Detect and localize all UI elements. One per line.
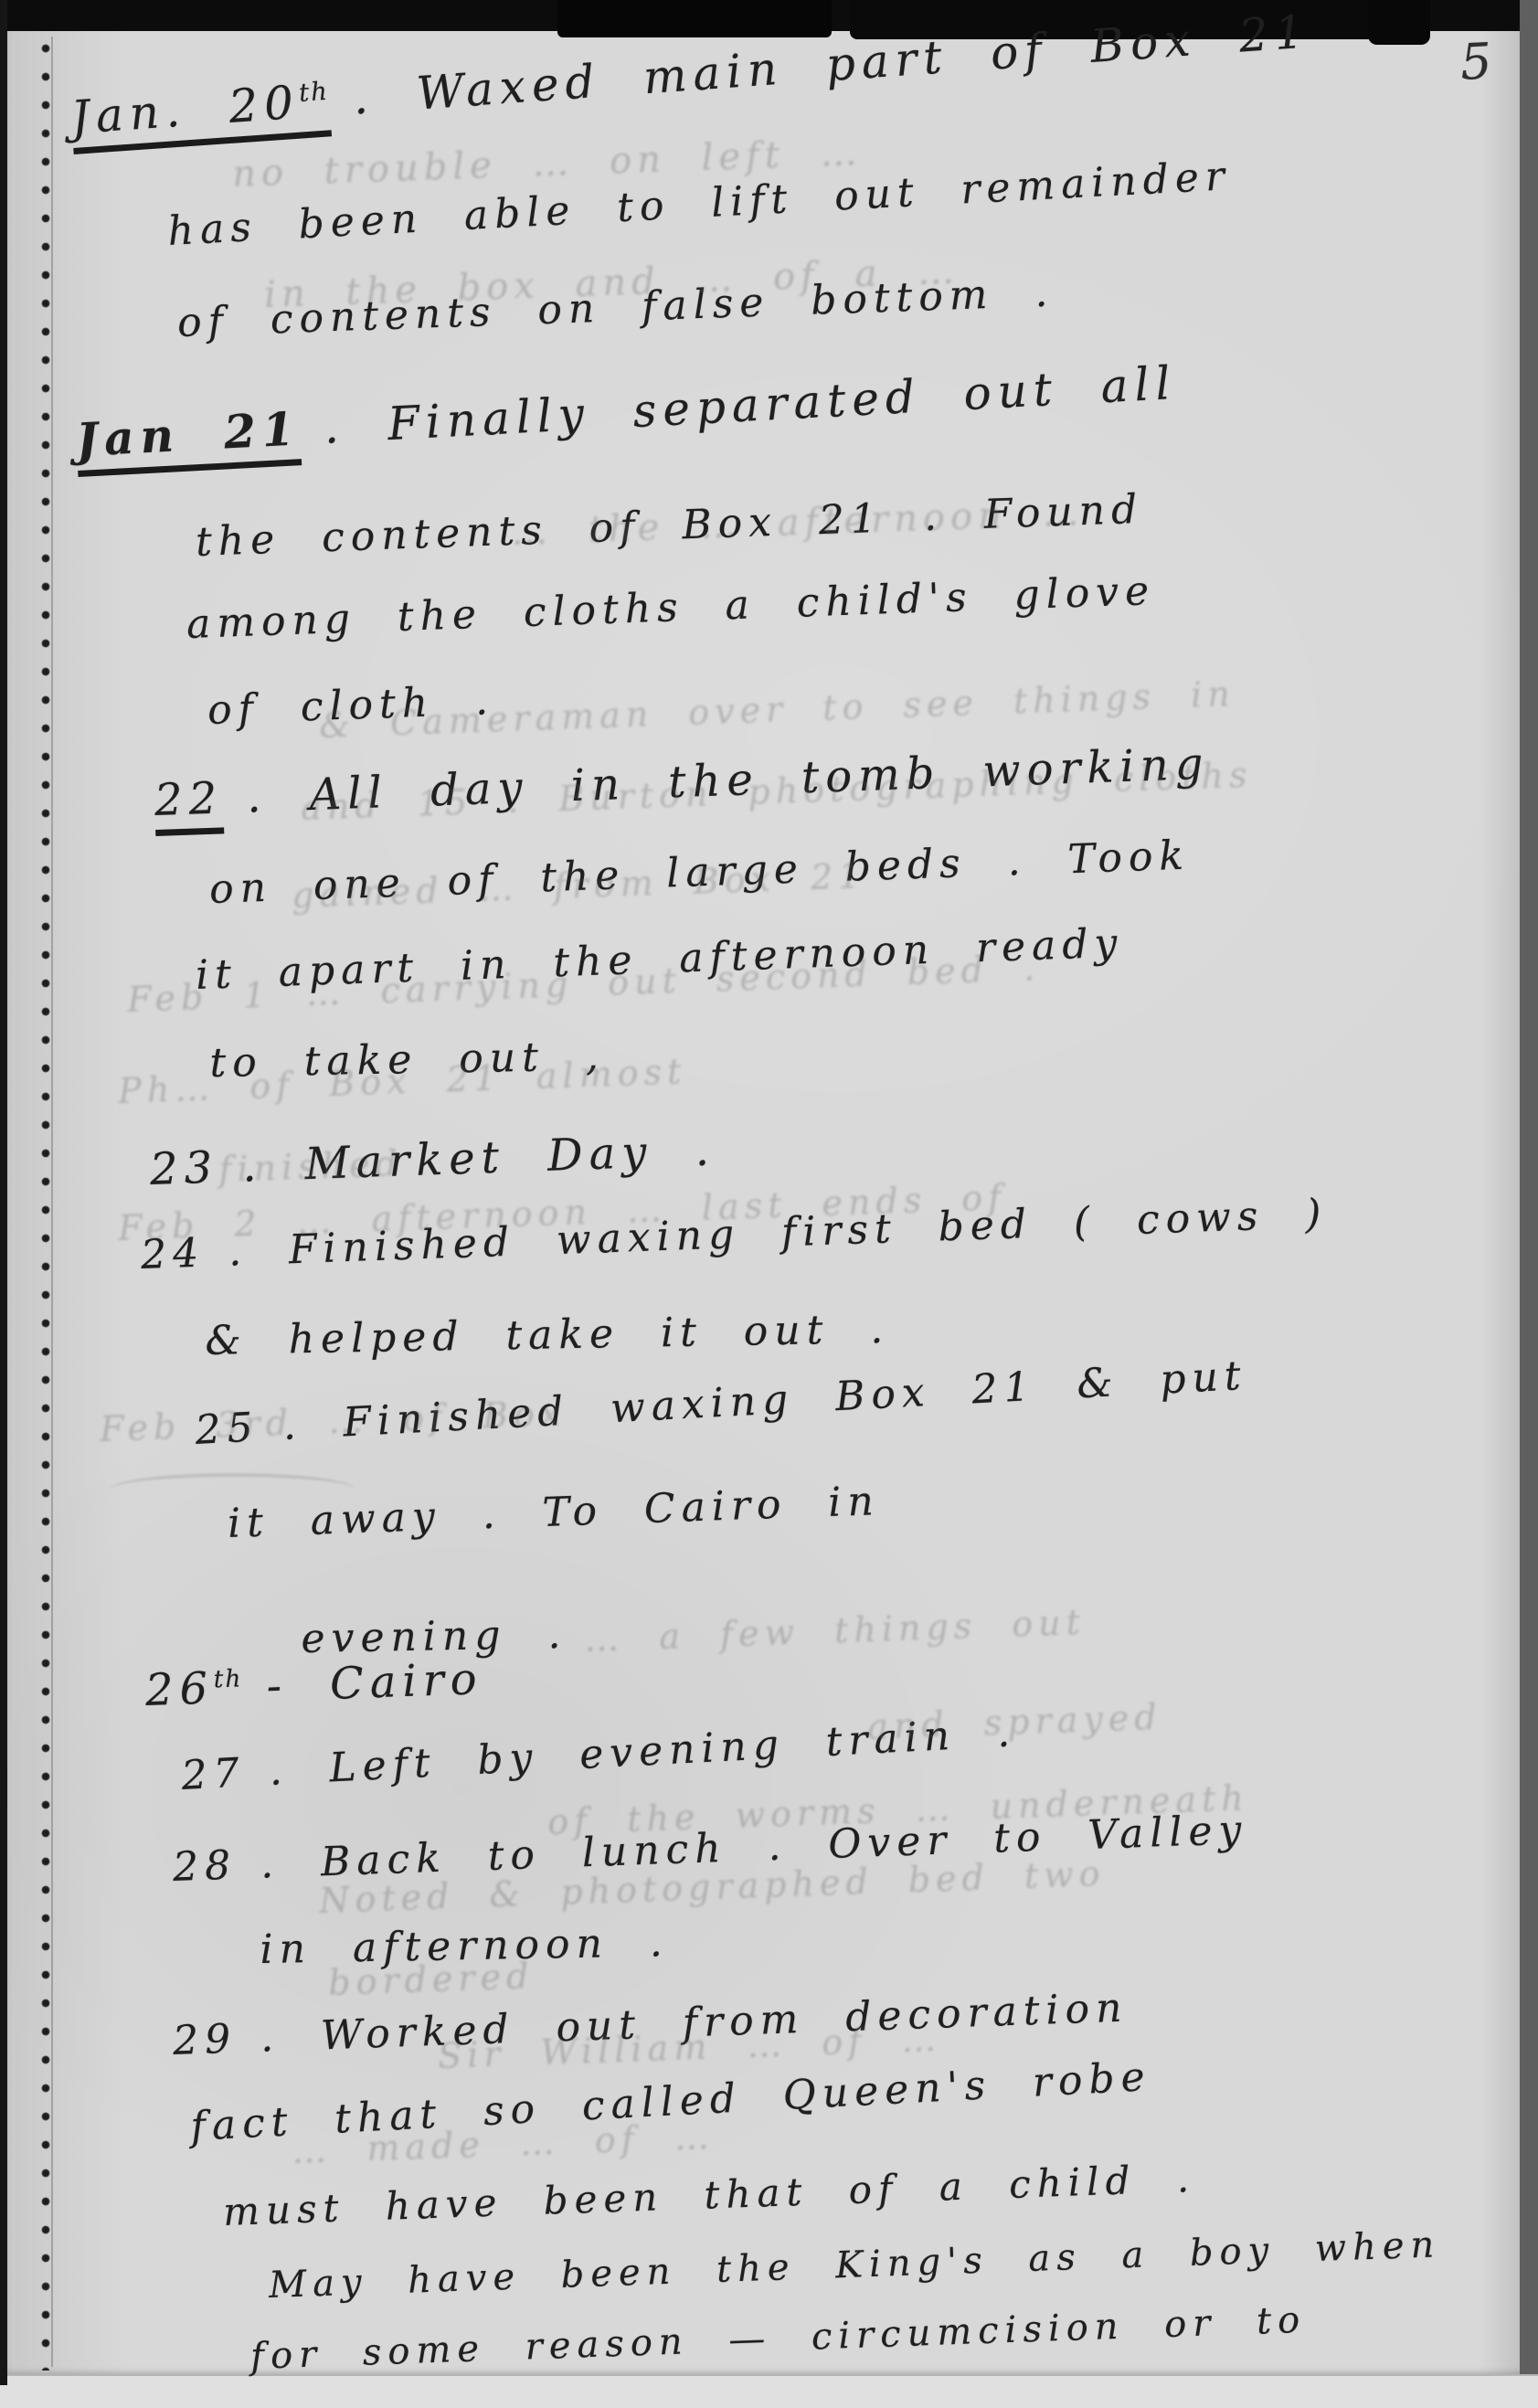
entry-date-label: 28 [172,1842,238,1891]
page-number: 5 [1458,32,1493,91]
page-gutter-edge [0,0,7,2385]
entry-date-label: Jan 21 [75,401,302,477]
entry-date-label: 27 [180,1749,247,1799]
binding-stitch-holes [33,35,58,2371]
scan-background-right [1520,0,1538,2408]
entry-date-label: 26th [144,1661,244,1716]
scanned-diary-page: 5 Jan. 20th. Waxed main part of Box 21ha… [0,0,1538,2408]
scan-background-bottom [0,2374,1538,2408]
bleedthrough-line: bordered [327,1956,535,2003]
bleedthrough-line: finished [217,1143,403,1190]
entry-date-label: 29 [172,2016,238,2064]
entry-date-label: 22 [154,772,224,836]
scanner-top-edge-shadow [557,0,832,37]
scanner-top-edge-notch [1368,0,1430,45]
entry-date-label: 23 [149,1141,219,1195]
